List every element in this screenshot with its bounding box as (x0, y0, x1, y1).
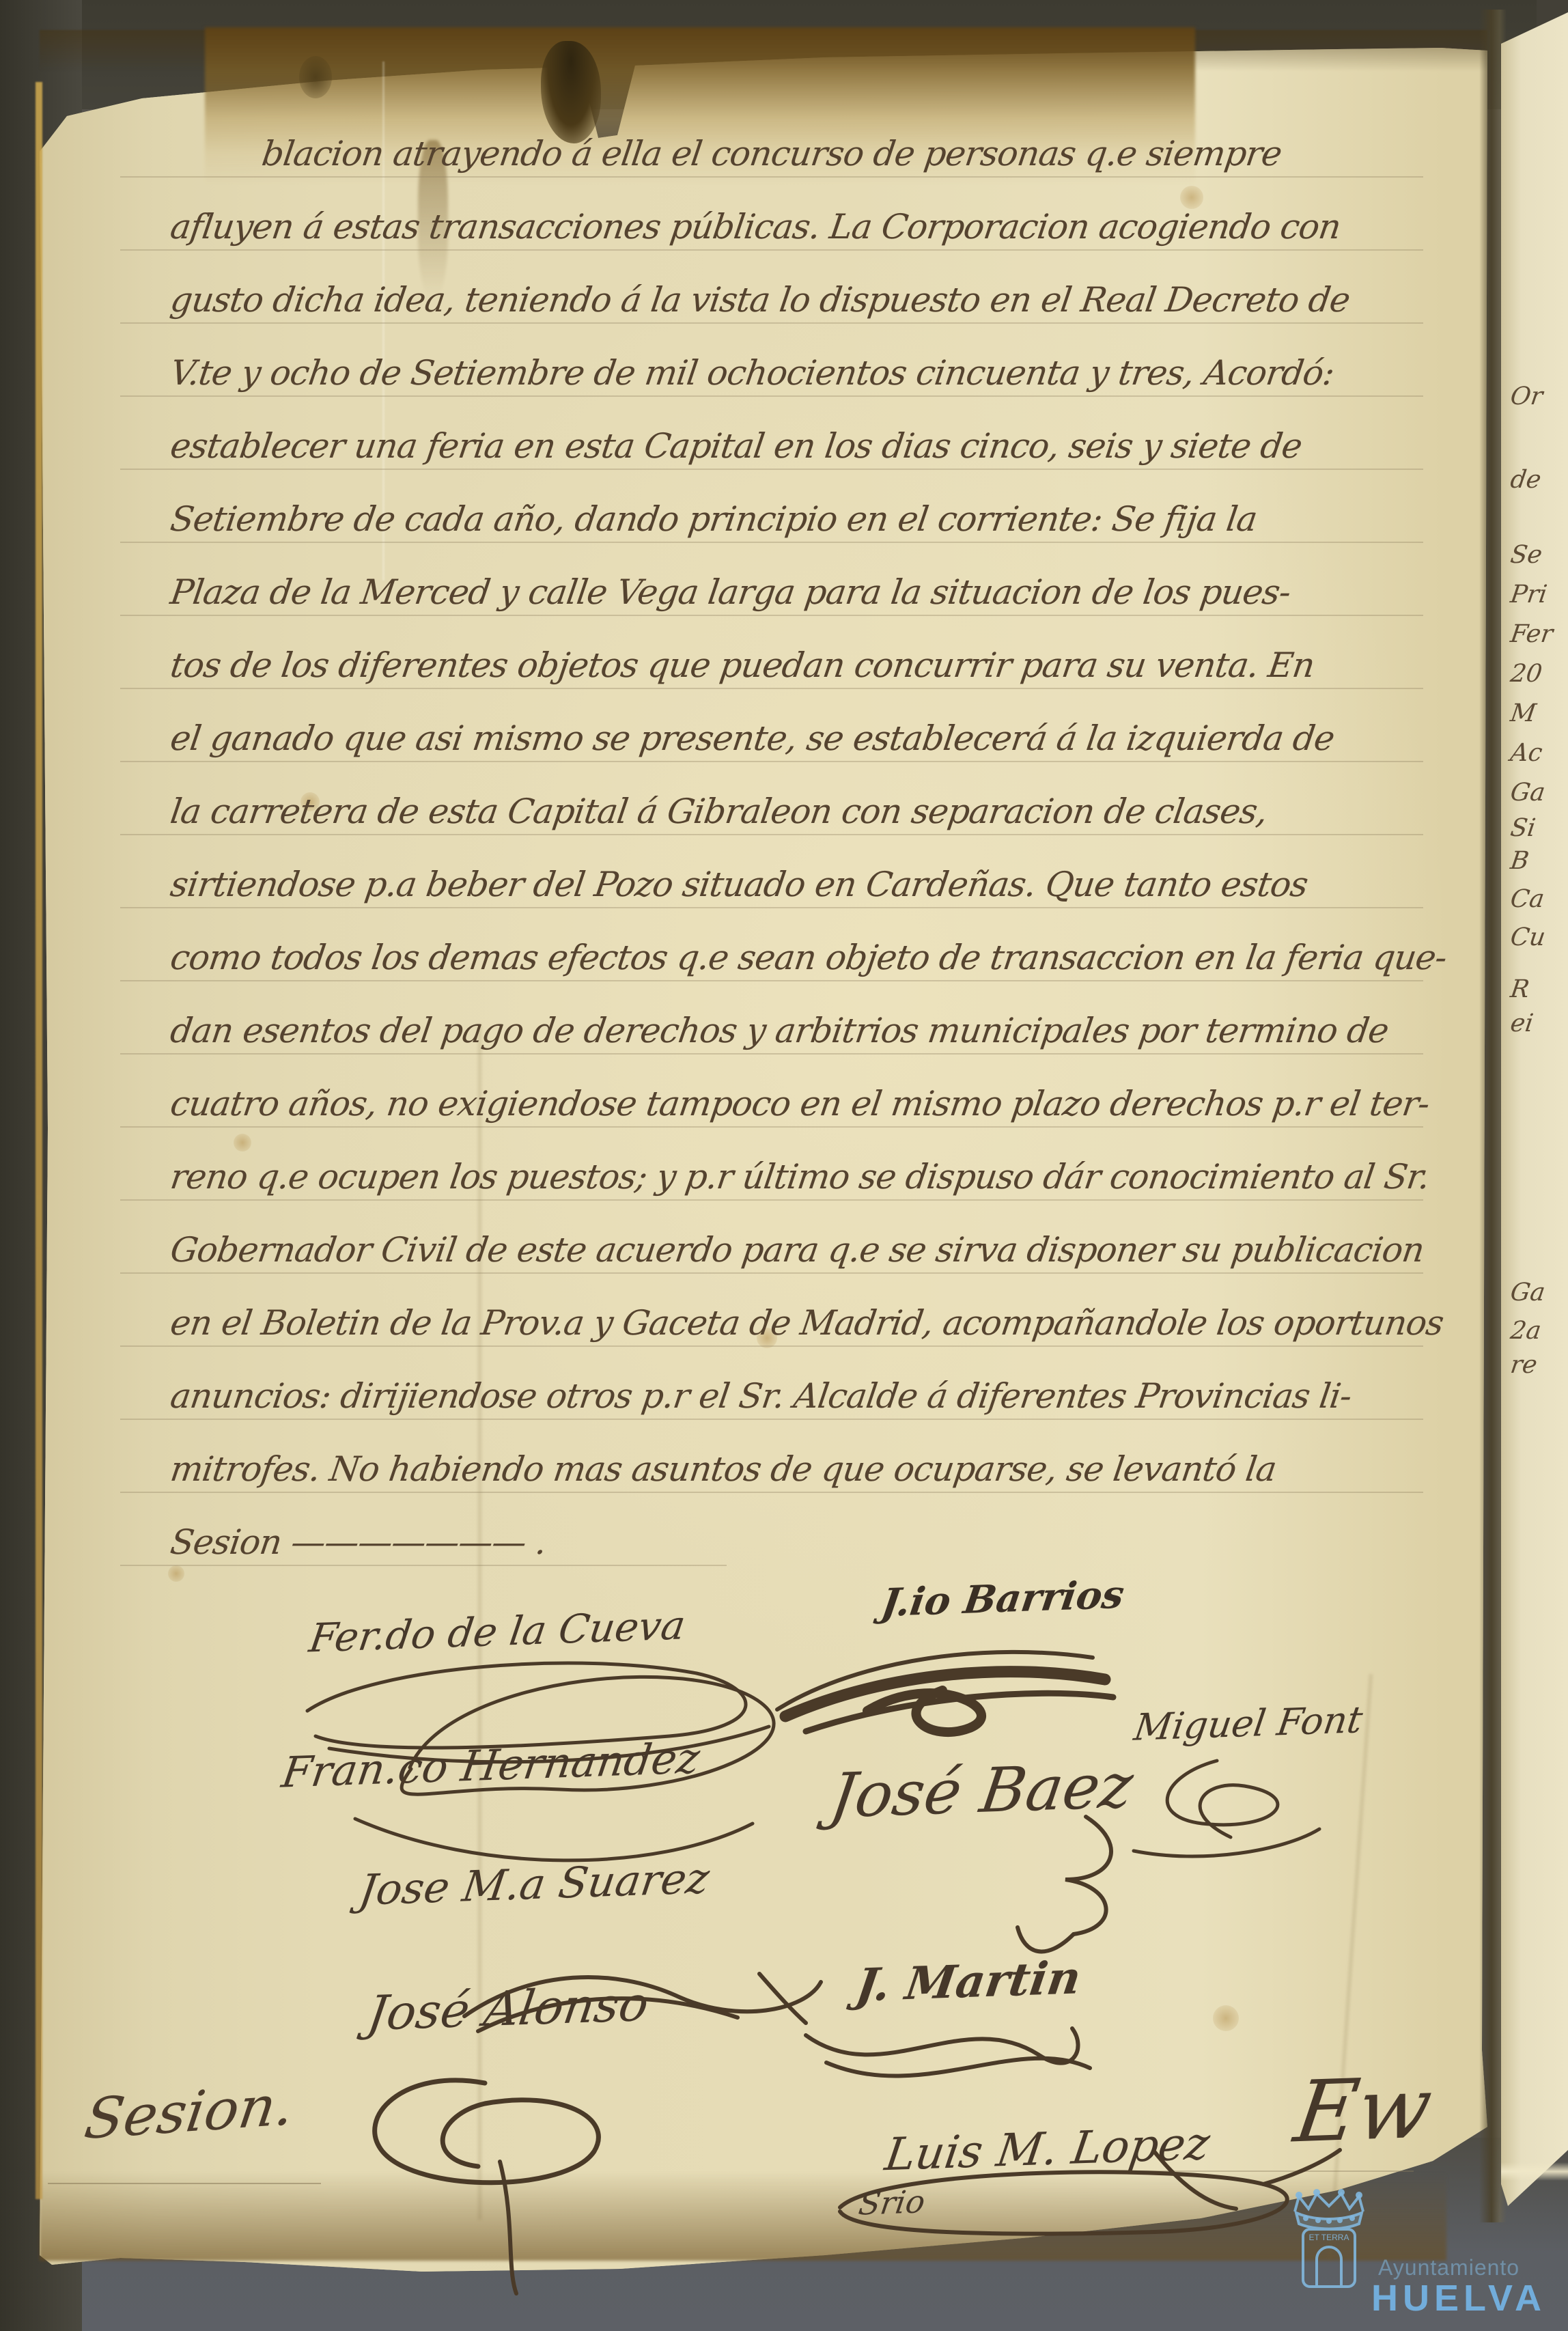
adjacent-page-fragment: Si (1511, 814, 1535, 842)
manuscript-line: mitrofes. No habiendo mas asuntos de que… (168, 1449, 1410, 1489)
standalone-rubric (341, 2063, 628, 2315)
manuscript-line: en el Boletin de la Prov.a y Gaceta de M… (168, 1303, 1410, 1343)
signature-rubric-baez (949, 1803, 1154, 1967)
huelva-crest-icon: ET TERRA (1288, 2188, 1370, 2298)
adjacent-page-fragment: Ca (1511, 885, 1544, 913)
scanned-manuscript-page: blacion atrayendo á ella el concurso de … (0, 0, 1568, 2331)
adjacent-page-fragment: Cu (1511, 923, 1545, 951)
torn-notch-small (299, 56, 332, 98)
adjacent-page-fragment: 20 (1511, 660, 1542, 688)
adjacent-page-fragment: Fer (1511, 620, 1553, 648)
adjacent-page-fragment: M (1511, 699, 1536, 727)
archive-watermark: ET TERRA Ayuntamiento HUELVA (1265, 2176, 1568, 2331)
manuscript-line: anuncios: dirijiendose otros p.r el Sr. … (168, 1376, 1410, 1416)
manuscript-line: gusto dicha idea, teniendo á la vista lo… (168, 280, 1410, 320)
adjacent-page-fragment: re (1511, 1351, 1537, 1379)
manuscript-line: V.te y ocho de Setiembre de mil ochocien… (168, 353, 1410, 393)
manuscript-line: el ganado que asi mismo se presente, se … (168, 718, 1410, 758)
final-mark: Ew (1296, 2061, 1431, 2160)
manuscript-line: como todos los demas efectos q.e sean ob… (168, 938, 1410, 977)
adjacent-page-fragment: B (1511, 847, 1528, 875)
adjacent-page-fragment: Or (1511, 382, 1543, 410)
manuscript-line: sirtiendose p.a beber del Pozo situado e… (168, 865, 1410, 904)
manuscript-line: afluyen á estas transacciones públicas. … (168, 207, 1410, 247)
signature-rubric-alonso (451, 1948, 833, 2057)
watermark-city: HUELVA (1371, 2277, 1546, 2319)
secretary-abbreviation: Srio (859, 2184, 925, 2221)
adjacent-page-fragment: de (1511, 466, 1541, 494)
foxing-spot (1180, 186, 1203, 209)
manuscript-line: blacion atrayendo á ella el concurso de … (168, 134, 1410, 173)
signature-font: Miguel Font (1135, 1702, 1362, 1745)
adjacent-page-fragment: Ga (1511, 1279, 1545, 1307)
adjacent-page-fragment: Se (1511, 541, 1542, 569)
adjacent-page-fragment: Ga (1511, 779, 1545, 807)
manuscript-line: dan esentos del pago de derechos y arbit… (168, 1011, 1410, 1050)
signature-suarez: Jose M.a Suarez (361, 1859, 708, 1909)
ruled-line (48, 2183, 321, 2184)
manuscript-line: reno q.e ocupen los puestos; y p.r últim… (168, 1157, 1410, 1197)
signature-barrios: J.io Barrios (882, 1576, 1123, 1621)
adjacent-page-fragment: 2a (1511, 1317, 1541, 1345)
foxing-spot (168, 1565, 184, 1582)
adjacent-page-fragment: R (1511, 975, 1529, 1003)
signature-rubric-martin (785, 1994, 1100, 2090)
margin-note-sesion: Sesion. (81, 2087, 286, 2152)
manuscript-line: cuatro años, no exigiendose tampoco en e… (168, 1084, 1410, 1123)
manuscript-line: tos de los diferentes objetos que puedan… (168, 645, 1410, 685)
foxing-spot (234, 1134, 251, 1151)
manuscript-line: la carretera de esta Capital á Gibraleon… (168, 792, 1410, 831)
manuscript-line: establecer una feria en esta Capital en … (168, 426, 1410, 466)
manuscript-line: Setiembre de cada año, dando principio e… (168, 499, 1410, 539)
manuscript-line: Plaza de la Merced y calle Vega larga pa… (168, 572, 1410, 612)
foxing-spot (1213, 2005, 1239, 2031)
adjacent-page-fragment: Ac (1511, 739, 1542, 767)
manuscript-line: Gobernador Civil de este acuerdo para q.… (168, 1230, 1410, 1270)
page-edge-highlight (36, 82, 42, 2199)
adjacent-recto-page-edge (1501, 12, 1568, 2218)
adjacent-page-fragment: ei (1511, 1009, 1533, 1037)
crest-motto: ET TERRA (1309, 2233, 1349, 2242)
adjacent-page-fragment: Pri (1511, 581, 1547, 609)
manuscript-closing-line: Sesion ——————— . (168, 1522, 1410, 1562)
